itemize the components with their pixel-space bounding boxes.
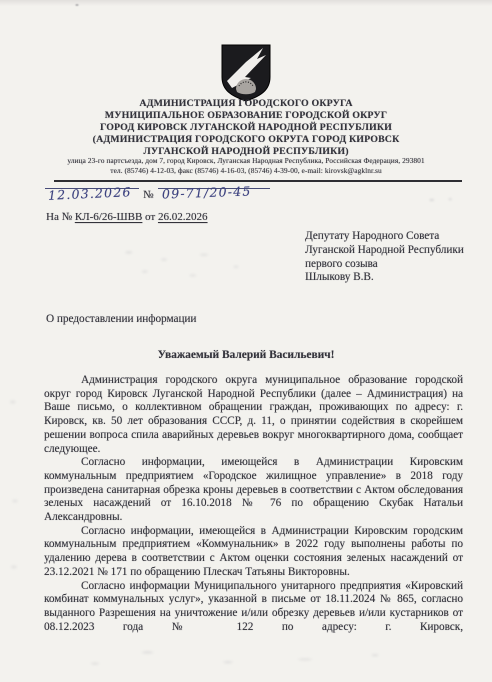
incoming-number: КЛ-6/26-ШВВ bbox=[75, 211, 142, 223]
letterhead-divider bbox=[54, 180, 462, 182]
scanned-letter-page: АДМИНИСТРАЦИЯ ГОРОДСКОГО ОКРУГА МУНИЦИПА… bbox=[0, 0, 492, 682]
letterhead-contact-block: улица 23-го партсъезда, дом 7, город Кир… bbox=[0, 156, 492, 176]
letterhead-org-name: АДМИНИСТРАЦИЯ ГОРОДСКОГО ОКРУГА МУНИЦИПА… bbox=[0, 98, 492, 158]
bleed-through-artifact bbox=[60, 644, 410, 672]
letter-body: Администрация городского округа муниципа… bbox=[44, 374, 463, 634]
recipient-block: Депутату Народного Совета Луганской Наро… bbox=[305, 230, 464, 285]
bleed-through-artifact bbox=[4, 380, 26, 600]
bleed-through-artifact bbox=[100, 238, 260, 286]
org-line: ГОРОД КИРОВСК ЛУГАНСКОЙ НАРОДНОЙ РЕСПУБЛ… bbox=[0, 122, 492, 134]
handwritten-outgoing-number: 09-71/20-45 bbox=[162, 183, 252, 201]
phone-email-line: тел. (85746) 4-12-03, факс (85746) 4-16-… bbox=[0, 166, 492, 176]
reply-prefix: На № bbox=[46, 211, 72, 223]
recipient-line: Депутату Народного Совета bbox=[305, 230, 464, 244]
recipient-line: Луганской Народной Республики bbox=[305, 244, 464, 258]
number-sign: № bbox=[143, 189, 154, 201]
handwritten-outgoing-date: 12.03.2026 bbox=[48, 184, 132, 203]
bleed-through-artifact bbox=[418, 192, 464, 208]
org-line: МУНИЦИПАЛЬНОЕ ОБРАЗОВАНИЕ ГОРОДСКОЙ ОКРУ… bbox=[0, 110, 492, 122]
body-paragraph: Согласно информации, имеющейся в Админис… bbox=[44, 456, 463, 525]
org-line: АДМИНИСТРАЦИЯ ГОРОДСКОГО ОКРУГА bbox=[0, 98, 492, 110]
incoming-date: 26.02.2026 bbox=[158, 211, 208, 223]
body-paragraph: Администрация городского округа муниципа… bbox=[44, 374, 463, 456]
scan-corner-artifact bbox=[72, 2, 82, 8]
reply-connector: от bbox=[145, 211, 155, 223]
subject-line: О предоставлении информации bbox=[46, 313, 196, 325]
body-paragraph: Согласно информации, имеющейся в Админис… bbox=[44, 525, 463, 580]
body-paragraph: Согласно информации Муниципального унита… bbox=[44, 580, 463, 635]
recipient-line: Шлыкову В.В. bbox=[305, 271, 464, 285]
salutation: Уважаемый Валерий Васильевич! bbox=[0, 349, 492, 361]
org-line: (АДМИНИСТРАЦИЯ ГОРОДСКОГО ОКРУГА ГОРОД К… bbox=[0, 134, 492, 146]
postal-address: улица 23-го партсъезда, дом 7, город Кир… bbox=[0, 156, 492, 166]
recipient-line: первого созыва bbox=[305, 258, 464, 272]
reply-reference-line: На № КЛ-6/26-ШВВ от 26.02.2026 bbox=[46, 211, 207, 223]
